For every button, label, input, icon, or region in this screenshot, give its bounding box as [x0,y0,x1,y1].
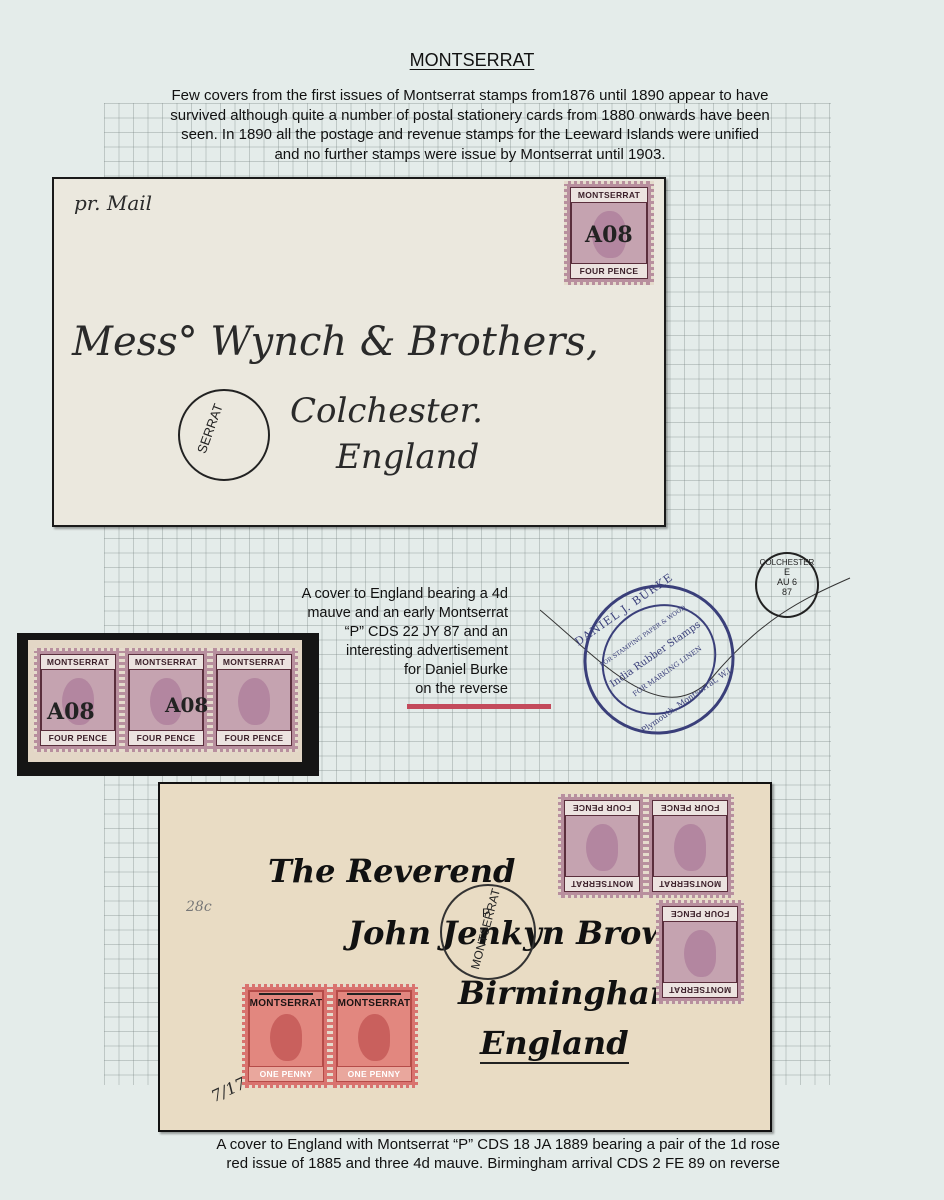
overprint-bar [259,993,313,995]
red-underline-bar [407,704,551,709]
montserrat-cds: SERRAT [178,389,270,481]
four-pence-stamp: MONTSERRAT FOUR PENCE [210,648,298,752]
caption-line: A cover to England bearing a 4d [270,585,508,604]
stamp-bottom-label: MONTSERRAT [662,982,738,998]
cds-text: MONTSERRAT [468,887,503,971]
stamp-bottom-label: ONE PENNY [248,1066,324,1082]
overprint-text: MONTSERRAT [336,997,412,1011]
stamp-top-label: FOUR PENCE [662,906,738,922]
caption-line: A cover to England with Montserrat “P” C… [150,1135,780,1154]
four-pence-stamp: MONTSERRAT FOUR PENCE A08 [34,648,122,752]
stamp-top-label: FOUR PENCE [564,800,640,816]
address-line: Mess° Wynch & Brothers, [72,319,599,365]
stamp-bottom-label: MONTSERRAT [652,876,728,892]
four-pence-stamp: FOUR PENCE MONTSERRAT [646,794,734,898]
stamp-bottom-label: FOUR PENCE [570,263,648,279]
caption-line: mauve and an early Montserrat [270,604,508,623]
stamp-bottom-label: FOUR PENCE [128,730,204,746]
cover-1-envelope: pr. Mail Mess° Wynch & Brothers, Colches… [52,177,666,527]
four-pence-stamp: MONTSERRAT FOUR PENCE A08 [564,181,654,285]
four-pence-stamp: MONTSERRAT FOUR PENCE A08 [122,648,210,752]
intro-paragraph: Few covers from the first issues of Mont… [120,86,820,164]
cds-code: E [757,567,817,577]
cover-2-envelope: The Reverend John Jenkyn Brown Birmingha… [158,782,772,1132]
stamp-bottom-label: ONE PENNY [336,1066,412,1082]
montserrat-p-cds: MONTSERRAT P [440,884,536,980]
intro-line: seen. In 1890 all the postage and revenu… [120,125,820,145]
cds-date: AU 6 [757,577,817,587]
cds-year: 87 [757,587,817,597]
stamp-top-label: FOUR PENCE [652,800,728,816]
numeral-cancel: A08 [47,699,95,725]
overprint-bar [347,993,401,995]
colchester-arrival-cds: COLCHESTER E AU 6 87 [755,552,819,618]
one-penny-stamp: MONTSERRAT ONE PENNY [242,984,330,1088]
bottom-caption: A cover to England with Montserrat “P” C… [150,1135,780,1173]
intro-line: survived although quite a number of post… [120,106,820,126]
caption-line: red issue of 1885 and three 4d mauve. Bi… [150,1154,780,1173]
cds-town: COLCHESTER [757,558,817,567]
address-line: England [480,1024,629,1064]
numeral-cancel: A08 [585,222,633,248]
stamp-top-label: MONTSERRAT [570,187,648,203]
stamp-bottom-label: FOUR PENCE [40,730,116,746]
four-pence-stamp: FOUR PENCE MONTSERRAT [558,794,646,898]
overprint-text: MONTSERRAT [248,997,324,1011]
intro-line: Few covers from the first issues of Mont… [120,86,820,106]
intro-line: and no further stamps were issue by Mont… [120,145,820,165]
cds-text: SERRAT [194,402,226,456]
one-penny-stamp: MONTSERRAT ONE PENNY [330,984,418,1088]
address-line: England [336,437,479,477]
stamp-top-label: MONTSERRAT [128,654,204,670]
address-line: Colchester. [290,391,483,431]
page-title: MONTSERRAT [0,50,944,71]
page-title-text: MONTSERRAT [410,50,535,70]
stamp-top-label: MONTSERRAT [40,654,116,670]
stamp-piece: MONTSERRAT FOUR PENCE A08 MONTSERRAT FOU… [28,640,302,762]
stamp-bottom-label: FOUR PENCE [216,730,292,746]
four-pence-stamp: FOUR PENCE MONTSERRAT [656,900,744,1004]
pencil-note: 28c [186,899,212,915]
numeral-cancel: A08 [165,693,208,717]
cds-letter: P [482,906,490,920]
stamp-bottom-label: MONTSERRAT [564,876,640,892]
route-note: pr. Mail [74,191,152,215]
stamp-top-label: MONTSERRAT [216,654,292,670]
